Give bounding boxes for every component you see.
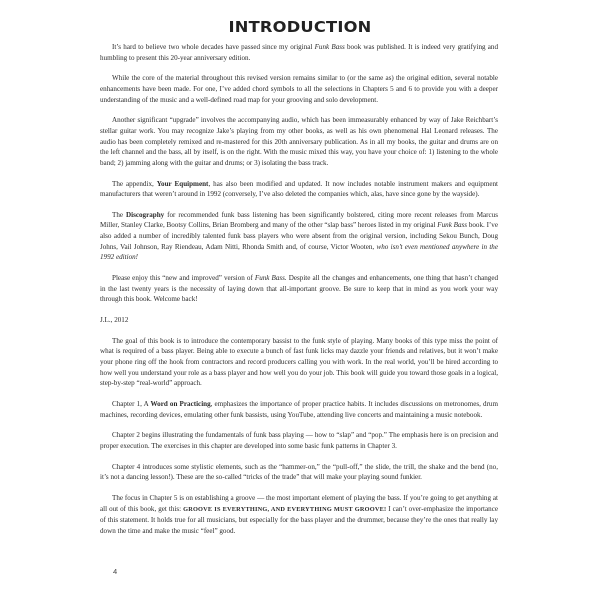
page-number: 4 <box>113 567 117 576</box>
book-title: Funk Bass. <box>255 274 287 282</box>
discography-title: Discography <box>126 211 164 219</box>
text: The appendix, <box>112 180 157 188</box>
paragraph-enhancements: While the core of the material throughou… <box>100 73 498 105</box>
page-body: It’s hard to believe two whole decades h… <box>100 42 498 547</box>
paragraph-discography: The Discography for recommended funk bas… <box>100 210 498 263</box>
appendix-title: Your Equipment <box>157 180 209 188</box>
text: Please enjoy this “new and improved” ver… <box>112 274 255 282</box>
paragraph-equipment: The appendix, Your Equipment, has also b… <box>100 179 498 200</box>
book-title: Funk Bass <box>315 43 345 51</box>
paragraph-audio: Another significant “upgrade” involves t… <box>100 115 498 168</box>
chapter-title: Word on Practicing <box>150 400 210 408</box>
book-page: INTRODUCTION It’s hard to believe two wh… <box>0 0 600 600</box>
paragraph-welcome: Please enjoy this “new and improved” ver… <box>100 273 498 305</box>
page-title: INTRODUCTION <box>0 18 600 36</box>
paragraph-chapter-5: The focus in Chapter 5 is on establishin… <box>100 493 498 536</box>
signature: J.L., 2012 <box>100 315 498 326</box>
paragraph-chapter-4: Chapter 4 introduces some stylistic elem… <box>100 462 498 483</box>
text: The <box>112 211 126 219</box>
paragraph-chapter-1: Chapter 1, A Word on Practicing, emphasi… <box>100 399 498 420</box>
text: Chapter 1, A <box>112 400 150 408</box>
book-title: Funk Bass <box>437 221 467 229</box>
paragraph-anniversary: It’s hard to believe two whole decades h… <box>100 42 498 63</box>
text: It’s hard to believe two whole decades h… <box>112 43 315 51</box>
paragraph-chapter-2: Chapter 2 begins illustrating the fundam… <box>100 430 498 451</box>
paragraph-goal: The goal of this book is to introduce th… <box>100 336 498 389</box>
emphasis-motto: GROOVE IS EVERYTHING, AND EVERYTHING MUS… <box>183 506 386 513</box>
